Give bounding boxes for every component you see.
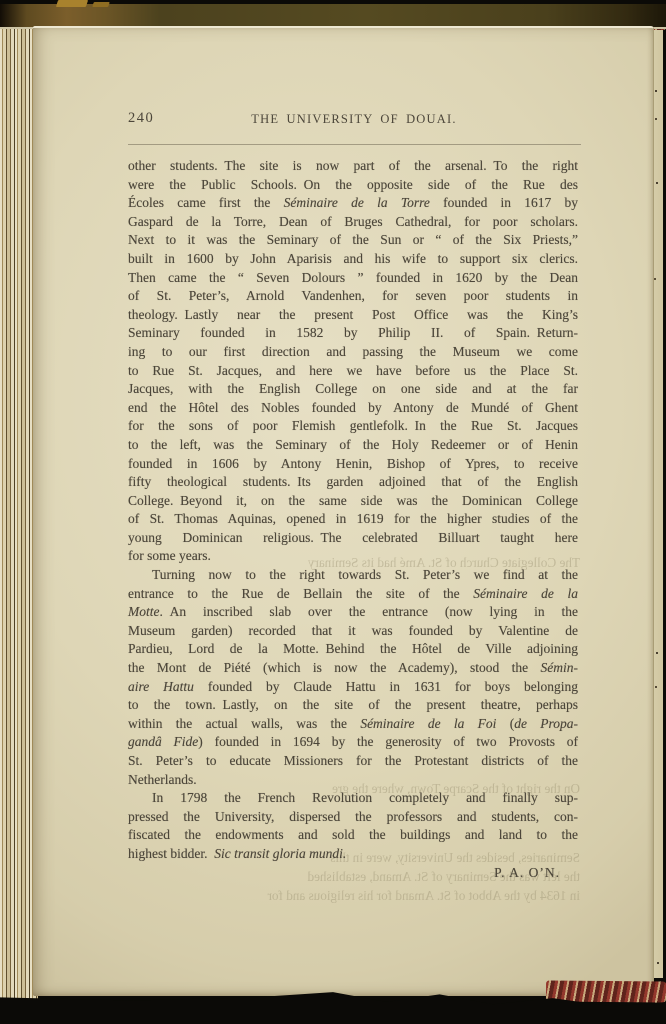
text-segment: Seminary founded in 1582 by Philip II. o… bbox=[128, 325, 578, 340]
italic-text: de Propa- bbox=[514, 716, 578, 731]
text-line: theology. Lastly near the present Post O… bbox=[128, 306, 578, 325]
text-line: of St. Peter’s, Arnold Vandenhen, for se… bbox=[128, 287, 578, 306]
text-line: within the actual walls, was the Séminai… bbox=[128, 715, 578, 734]
headband-bottom bbox=[546, 980, 666, 1002]
text-line: of St. Thomas Aquinas, opened in 1619 fo… bbox=[128, 510, 578, 529]
text-segment: to the left, was the Seminary of the Hol… bbox=[128, 437, 578, 452]
text-segment: for some years. bbox=[128, 548, 211, 563]
text-segment: ) founded in 1694 by the generosity of t… bbox=[198, 734, 578, 749]
text-line: were the Public Schools. On the opposite… bbox=[128, 176, 578, 195]
text-line: Jacques, with the English College on one… bbox=[128, 380, 578, 399]
text-segment: . An inscribed slab over the entrance (n… bbox=[160, 604, 579, 619]
italic-text: Séminaire de la Foi bbox=[360, 716, 496, 731]
body-text: other students. The site is now part of … bbox=[128, 157, 578, 882]
text-segment: College. Beyond it, on the same side was… bbox=[128, 493, 578, 508]
text-segment: entrance to the Rue de Bellain the site … bbox=[128, 586, 473, 601]
text-line: Next to it was the Seminary of the Sun o… bbox=[128, 231, 578, 250]
text-segment: founded in 1617 by bbox=[430, 195, 578, 210]
book-page: 240 THE UNIVERSITY OF DOUAI. The Collegi… bbox=[33, 26, 654, 996]
text-segment: for the sons of poor Flemish gentlefolk.… bbox=[128, 418, 578, 433]
text-line: for some years. bbox=[128, 547, 578, 566]
text-line: the Mont de Piété (which is now the Acad… bbox=[128, 659, 578, 678]
italic-text: Séminaire de la bbox=[473, 586, 578, 601]
text-segment: of St. Thomas Aquinas, opened in 1619 fo… bbox=[128, 511, 578, 526]
text-line: Gaspard de la Torre, Dean of Bruges Cath… bbox=[128, 213, 578, 232]
text-line: founded in 1606 by Antony Henin, Bishop … bbox=[128, 455, 578, 474]
text-line: built in 1600 by John Aparisis and his w… bbox=[128, 250, 578, 269]
text-line: gandâ Fide) founded in 1694 by the gener… bbox=[128, 733, 578, 752]
text-segment: fifty theological students. Its garden a… bbox=[128, 474, 578, 489]
text-segment: highest bidder. bbox=[128, 846, 214, 861]
text-line: to the left, was the Seminary of the Hol… bbox=[128, 436, 578, 455]
text-line: Écoles came first the Séminaire de la To… bbox=[128, 194, 578, 213]
text-line: fifty theological students. Its garden a… bbox=[128, 473, 578, 492]
text-line: pressed the University, dispersed the pr… bbox=[128, 808, 578, 827]
book-photo: 240 THE UNIVERSITY OF DOUAI. The Collegi… bbox=[0, 0, 666, 1024]
text-segment: end the Hôtel des Nobles founded by Anto… bbox=[128, 400, 578, 415]
text-line: Turning now to the right towards St. Pet… bbox=[128, 566, 578, 585]
page-header: 240 THE UNIVERSITY OF DOUAI. bbox=[128, 110, 580, 130]
spine-gilt-fragment bbox=[92, 2, 110, 7]
italic-text: Sic transit gloria mundi. bbox=[214, 846, 346, 861]
text-segment: were the Public Schools. On the opposite… bbox=[128, 177, 578, 192]
text-segment: founded by Claude Hattu in 1631 for boys… bbox=[194, 679, 578, 694]
text-line: to the town. Lastly, on the site of the … bbox=[128, 696, 578, 715]
italic-text: gandâ Fide bbox=[128, 734, 198, 749]
italic-text: aire Hattu bbox=[128, 679, 194, 694]
author-initials: P. A. O’N. bbox=[128, 864, 578, 883]
text-segment: Gaspard de la Torre, Dean of Bruges Cath… bbox=[128, 214, 578, 229]
text-line: St. Peter’s to educate Missioners for th… bbox=[128, 752, 578, 771]
text-segment: within the actual walls, was the bbox=[128, 716, 360, 731]
text-line: In 1798 the French Revolution completely… bbox=[128, 789, 578, 808]
text-line: Seminary founded in 1582 by Philip II. o… bbox=[128, 324, 578, 343]
text-segment: ( bbox=[496, 716, 514, 731]
text-line: Motte. An inscribed slab over the entran… bbox=[128, 603, 578, 622]
text-segment: Then came the “ Seven Dolours ” founded … bbox=[128, 270, 578, 285]
text-segment: theology. Lastly near the present Post O… bbox=[128, 307, 578, 322]
text-segment: of St. Peter’s, Arnold Vandenhen, for se… bbox=[128, 288, 578, 303]
text-line: highest bidder. Sic transit gloria mundi… bbox=[128, 845, 578, 864]
text-segment: pressed the University, dispersed the pr… bbox=[128, 809, 578, 824]
text-segment: Jacques, with the English College on one… bbox=[128, 381, 578, 396]
text-line: Pardieu, Lord de la Motte. Behind the Hô… bbox=[128, 640, 578, 659]
text-segment: Museum garden) recorded that it was foun… bbox=[128, 623, 578, 638]
text-segment: In 1798 the French Revolution completely… bbox=[152, 790, 578, 805]
text-line: Museum garden) recorded that it was foun… bbox=[128, 622, 578, 641]
text-segment: Next to it was the Seminary of the Sun o… bbox=[128, 232, 578, 247]
text-line: to Rue St. Jacques, and here we have bef… bbox=[128, 362, 578, 381]
text-line: aire Hattu founded by Claude Hattu in 16… bbox=[128, 678, 578, 697]
text-segment: fiscated the endowments and sold the bui… bbox=[128, 827, 578, 842]
text-line: fiscated the endowments and sold the bui… bbox=[128, 826, 578, 845]
text-segment: Écoles came first the bbox=[128, 195, 284, 210]
text-segment: the Mont de Piété (which is now the Acad… bbox=[128, 660, 541, 675]
page-number: 240 bbox=[128, 110, 154, 127]
text-segment: to the town. Lastly, on the site of the … bbox=[128, 697, 578, 712]
text-segment: Pardieu, Lord de la Motte. Behind the Hô… bbox=[128, 641, 578, 656]
running-title: THE UNIVERSITY OF DOUAI. bbox=[128, 110, 580, 127]
text-line: for the sons of poor Flemish gentlefolk.… bbox=[128, 417, 578, 436]
spine-gilt-fragment bbox=[56, 0, 88, 7]
text-line: College. Beyond it, on the same side was… bbox=[128, 492, 578, 511]
text-segment: Netherlands. bbox=[128, 772, 197, 787]
text-segment: other students. The site is now part of … bbox=[128, 158, 578, 173]
text-segment: to Rue St. Jacques, and here we have bef… bbox=[128, 363, 578, 378]
text-line: Then came the “ Seven Dolours ” founded … bbox=[128, 269, 578, 288]
text-line: ing to our first direction and passing t… bbox=[128, 343, 578, 362]
body-text-lines: other students. The site is now part of … bbox=[128, 157, 578, 864]
italic-text: Sémin- bbox=[541, 660, 579, 675]
text-line: young Dominican religious. The celebrate… bbox=[128, 529, 578, 548]
text-segment: founded in 1606 by Antony Henin, Bishop … bbox=[128, 456, 578, 471]
italic-text: Séminaire de la Torre bbox=[284, 195, 430, 210]
fore-edge-ink-specks bbox=[655, 90, 657, 92]
text-line: entrance to the Rue de Bellain the site … bbox=[128, 585, 578, 604]
text-segment: ing to our first direction and passing t… bbox=[128, 344, 578, 359]
text-segment: St. Peter’s to educate Missioners for th… bbox=[128, 753, 578, 768]
italic-text: Motte bbox=[128, 604, 160, 619]
text-segment: young Dominican religious. The celebrate… bbox=[128, 530, 578, 545]
text-line: Netherlands. bbox=[128, 771, 578, 790]
text-line: other students. The site is now part of … bbox=[128, 157, 578, 176]
bleed-through-text: in 1634 by the Abbot of St. Amand for hi… bbox=[128, 887, 580, 906]
header-rule bbox=[128, 144, 581, 145]
text-line: end the Hôtel des Nobles founded by Anto… bbox=[128, 399, 578, 418]
text-segment: Turning now to the right towards St. Pet… bbox=[152, 567, 578, 582]
text-segment: built in 1600 by John Aparisis and his w… bbox=[128, 251, 578, 266]
